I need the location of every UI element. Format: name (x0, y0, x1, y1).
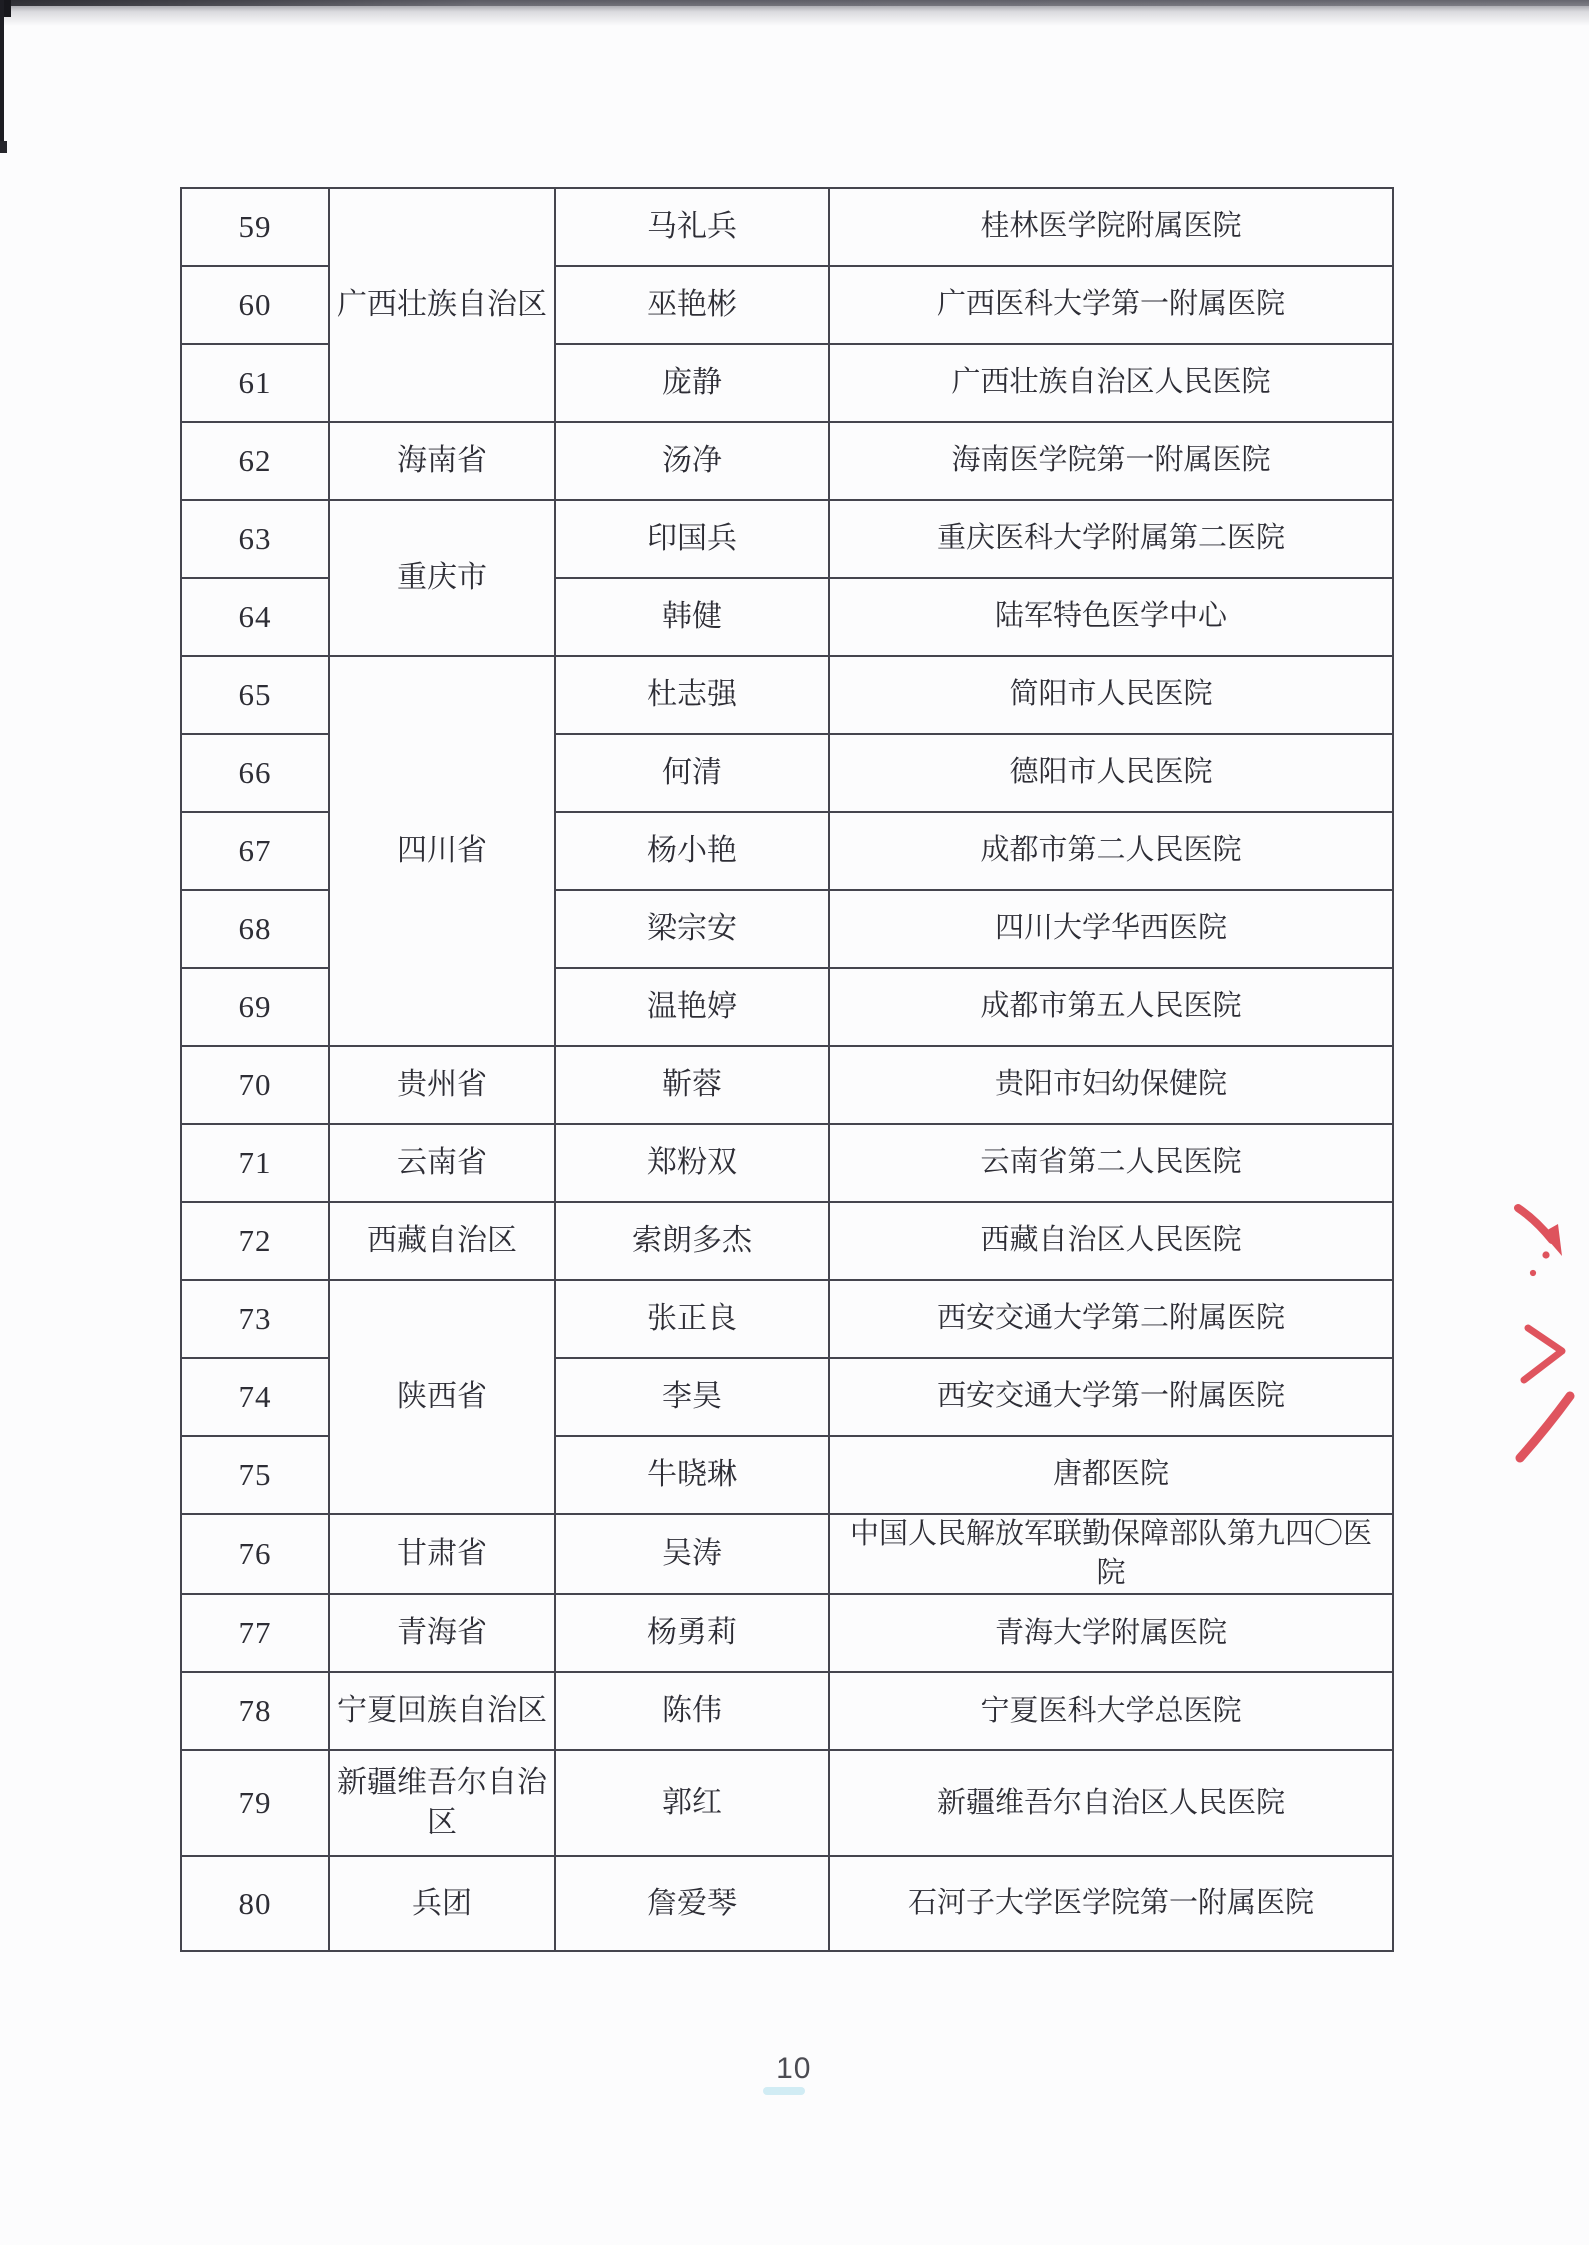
cell-province: 云南省 (329, 1124, 555, 1202)
cell-hospital: 唐都医院 (829, 1436, 1393, 1514)
table-row: 76甘肃省吴涛中国人民解放军联勤保障部队第九四〇医院 (181, 1514, 1393, 1594)
cell-person-name: 郑粉双 (555, 1124, 829, 1202)
cell-hospital: 成都市第二人民医院 (829, 812, 1393, 890)
cell-person-name: 詹爱琴 (555, 1856, 829, 1951)
cell-serial-number: 60 (181, 266, 329, 344)
cell-serial-number: 79 (181, 1750, 329, 1856)
cell-person-name: 韩健 (555, 578, 829, 656)
cell-province: 西藏自治区 (329, 1202, 555, 1280)
cell-hospital: 重庆医科大学附属第二医院 (829, 500, 1393, 578)
cell-province: 四川省 (329, 656, 555, 1046)
cell-person-name: 李昊 (555, 1358, 829, 1436)
cell-person-name: 巫艳彬 (555, 266, 829, 344)
cell-province: 新疆维吾尔自治区 (329, 1750, 555, 1856)
cell-serial-number: 64 (181, 578, 329, 656)
scanned-document-page: { "page": { "number": "10" }, "colors": … (0, 0, 1589, 2245)
cell-province: 甘肃省 (329, 1514, 555, 1594)
cell-serial-number: 74 (181, 1358, 329, 1436)
scan-smudge (763, 2087, 805, 2095)
cell-person-name: 靳蓉 (555, 1046, 829, 1124)
cell-province: 重庆市 (329, 500, 555, 656)
red-pen-marks (1508, 1188, 1589, 1478)
cell-hospital: 青海大学附属医院 (829, 1594, 1393, 1672)
cell-serial-number: 80 (181, 1856, 329, 1951)
cell-serial-number: 75 (181, 1436, 329, 1514)
cell-province: 宁夏回族自治区 (329, 1672, 555, 1750)
cell-serial-number: 69 (181, 968, 329, 1046)
cell-province: 海南省 (329, 422, 555, 500)
cell-person-name: 索朗多杰 (555, 1202, 829, 1280)
cell-hospital: 简阳市人民医院 (829, 656, 1393, 734)
cell-province: 青海省 (329, 1594, 555, 1672)
cell-person-name: 杜志强 (555, 656, 829, 734)
table-row: 77青海省杨勇莉青海大学附属医院 (181, 1594, 1393, 1672)
cell-serial-number: 63 (181, 500, 329, 578)
cell-hospital: 中国人民解放军联勤保障部队第九四〇医院 (829, 1514, 1393, 1594)
cell-hospital: 四川大学华西医院 (829, 890, 1393, 968)
table-row: 78宁夏回族自治区陈伟宁夏医科大学总医院 (181, 1672, 1393, 1750)
cell-hospital: 云南省第二人民医院 (829, 1124, 1393, 1202)
cell-hospital: 广西壮族自治区人民医院 (829, 344, 1393, 422)
cell-province: 兵团 (329, 1856, 555, 1951)
cell-person-name: 陈伟 (555, 1672, 829, 1750)
table-row: 79新疆维吾尔自治区郭红新疆维吾尔自治区人民医院 (181, 1750, 1393, 1856)
cell-hospital: 贵阳市妇幼保健院 (829, 1046, 1393, 1124)
cell-person-name: 杨小艳 (555, 812, 829, 890)
scan-top-edge-shadow (0, 0, 1589, 26)
red-chevron-mark (1524, 1328, 1562, 1380)
cell-serial-number: 67 (181, 812, 329, 890)
cell-serial-number: 62 (181, 422, 329, 500)
cell-hospital: 西安交通大学第一附属医院 (829, 1358, 1393, 1436)
cell-person-name: 张正良 (555, 1280, 829, 1358)
cell-province: 陕西省 (329, 1280, 555, 1514)
cell-serial-number: 77 (181, 1594, 329, 1672)
cell-serial-number: 73 (181, 1280, 329, 1358)
table-row: 65四川省杜志强简阳市人民医院 (181, 656, 1393, 734)
cell-person-name: 何清 (555, 734, 829, 812)
cell-serial-number: 71 (181, 1124, 329, 1202)
cell-hospital: 陆军特色医学中心 (829, 578, 1393, 656)
page-number: 10 (776, 2052, 811, 2086)
red-arrow-mark (1518, 1208, 1562, 1276)
cell-hospital: 海南医学院第一附属医院 (829, 422, 1393, 500)
table-row: 59广西壮族自治区马礼兵桂林医学院附属医院 (181, 188, 1393, 266)
table-row: 62海南省汤净海南医学院第一附属医院 (181, 422, 1393, 500)
table-row: 72西藏自治区索朗多杰西藏自治区人民医院 (181, 1202, 1393, 1280)
table-row: 70贵州省靳蓉贵阳市妇幼保健院 (181, 1046, 1393, 1124)
hospital-roster-table: 59广西壮族自治区马礼兵桂林医学院附属医院60巫艳彬广西医科大学第一附属医院61… (180, 187, 1394, 1952)
cell-serial-number: 72 (181, 1202, 329, 1280)
cell-hospital: 西藏自治区人民医院 (829, 1202, 1393, 1280)
cell-serial-number: 70 (181, 1046, 329, 1124)
cell-serial-number: 59 (181, 188, 329, 266)
cell-person-name: 印国兵 (555, 500, 829, 578)
cell-person-name: 汤净 (555, 422, 829, 500)
cell-hospital: 广西医科大学第一附属医院 (829, 266, 1393, 344)
cell-hospital: 成都市第五人民医院 (829, 968, 1393, 1046)
cell-person-name: 马礼兵 (555, 188, 829, 266)
cell-serial-number: 66 (181, 734, 329, 812)
table-row: 80兵团詹爱琴石河子大学医学院第一附属医院 (181, 1856, 1393, 1951)
cell-person-name: 郭红 (555, 1750, 829, 1856)
cell-person-name: 梁宗安 (555, 890, 829, 968)
table-row: 63重庆市印国兵重庆医科大学附属第二医院 (181, 500, 1393, 578)
table-row: 71云南省郑粉双云南省第二人民医院 (181, 1124, 1393, 1202)
cell-serial-number: 65 (181, 656, 329, 734)
table-row: 73陕西省张正良西安交通大学第二附属医院 (181, 1280, 1393, 1358)
cell-hospital: 新疆维吾尔自治区人民医院 (829, 1750, 1393, 1856)
cell-hospital: 桂林医学院附属医院 (829, 188, 1393, 266)
cell-hospital: 德阳市人民医院 (829, 734, 1393, 812)
cell-province: 广西壮族自治区 (329, 188, 555, 422)
cell-serial-number: 68 (181, 890, 329, 968)
cell-serial-number: 76 (181, 1514, 329, 1594)
cell-serial-number: 78 (181, 1672, 329, 1750)
cell-person-name: 牛晓琳 (555, 1436, 829, 1514)
cell-province: 贵州省 (329, 1046, 555, 1124)
cell-person-name: 吴涛 (555, 1514, 829, 1594)
cell-person-name: 杨勇莉 (555, 1594, 829, 1672)
cell-hospital: 石河子大学医学院第一附属医院 (829, 1856, 1393, 1951)
red-slash-mark (1520, 1396, 1570, 1458)
cell-person-name: 庞静 (555, 344, 829, 422)
cell-serial-number: 61 (181, 344, 329, 422)
cell-person-name: 温艳婷 (555, 968, 829, 1046)
scan-left-edge-line (0, 0, 4, 153)
cell-hospital: 西安交通大学第二附属医院 (829, 1280, 1393, 1358)
cell-hospital: 宁夏医科大学总医院 (829, 1672, 1393, 1750)
